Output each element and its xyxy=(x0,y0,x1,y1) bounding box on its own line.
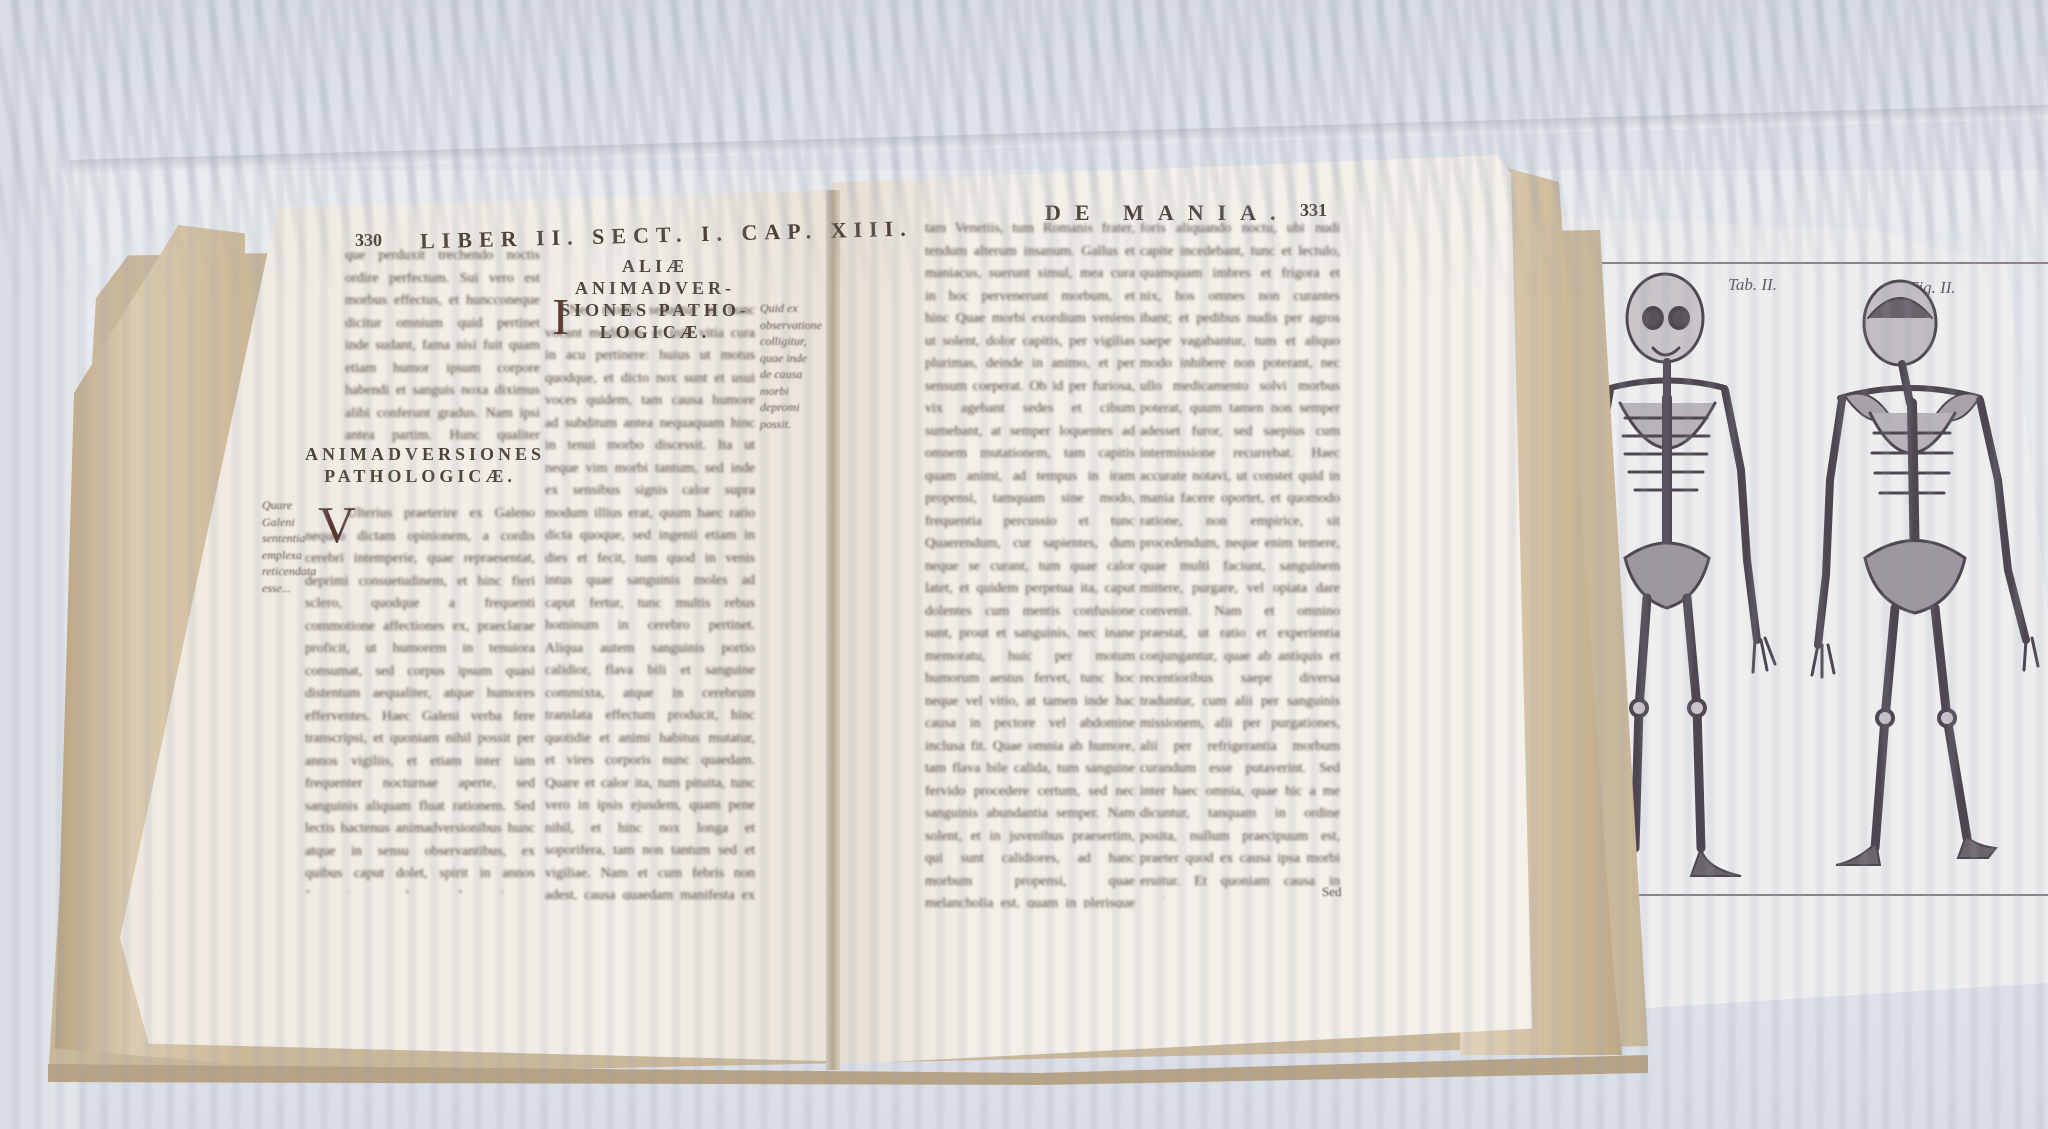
book-gutter xyxy=(826,190,840,1070)
right-page-column-1: tam Venetiis, tum Romanis frater, tendum… xyxy=(925,218,1135,908)
left-page-side-note: Quid ex observatione colligitur, quae in… xyxy=(760,300,808,432)
catchword: Sed xyxy=(1322,884,1342,900)
left-page-column-1-top: que perduxit trechendo noctis ordire per… xyxy=(345,245,540,445)
skeleton-back-icon xyxy=(1800,278,2040,878)
section-heading-line: ANIMADVERSIONES xyxy=(305,443,535,465)
section-heading-line: PATHOLOGICÆ. xyxy=(305,465,535,487)
left-page-column-1-bottom: Ulterius praeterire ex Galeno nequeo dic… xyxy=(305,503,535,893)
side-heading-line: ALIÆ ANIMADVER- xyxy=(555,255,755,299)
section-heading: ANIMADVERSIONES PATHOLOGICÆ. xyxy=(305,443,535,487)
right-page-column-2: foris aliquando noctu, ubi nudi capite i… xyxy=(1140,218,1340,898)
display-case-scene: Fig. I. Tab. II. Fig. II. xyxy=(0,0,2048,1129)
left-page-column-2: Nec morbo sedantur et hunc vocant modicu… xyxy=(545,300,755,900)
